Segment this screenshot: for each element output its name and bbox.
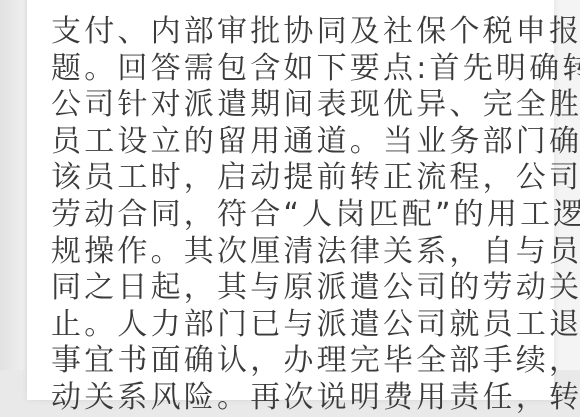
text-line: 规操作。其次厘清法律关系，自与员工签订劳动合	[51, 234, 531, 271]
document-body: 支付、内部审批协同及社保个税申报是否合规等问 题。回答需包含如下要点:首先明确转…	[51, 14, 531, 370]
text-line: 题。回答需包含如下要点:首先明确转正性质，这是	[51, 51, 531, 88]
text-line: 支付、内部审批协同及社保个税申报是否合规等问	[51, 14, 531, 51]
text-line: 公司针对派遣期间表现优异、完全胜任岗位需求的	[51, 87, 531, 124]
text-line: 止。人力部门已与派遣公司就员工退回、关系终止	[51, 307, 531, 344]
text-line: 同之日起，其与原派遣公司的劳动关系即事实终	[51, 270, 531, 307]
text-line: 劳动合同，符合“人岗匹配”的用工逻辑，并非违	[51, 197, 531, 234]
text-line: 该员工时，启动提前转正流程，公司直接与其签订	[51, 160, 531, 197]
text-line: 员工设立的留用通道。当业务部门确认需长期留用	[51, 124, 531, 161]
text-line: 事宜书面确认，办理完毕全部手续，不存在双重劳	[51, 343, 531, 370]
